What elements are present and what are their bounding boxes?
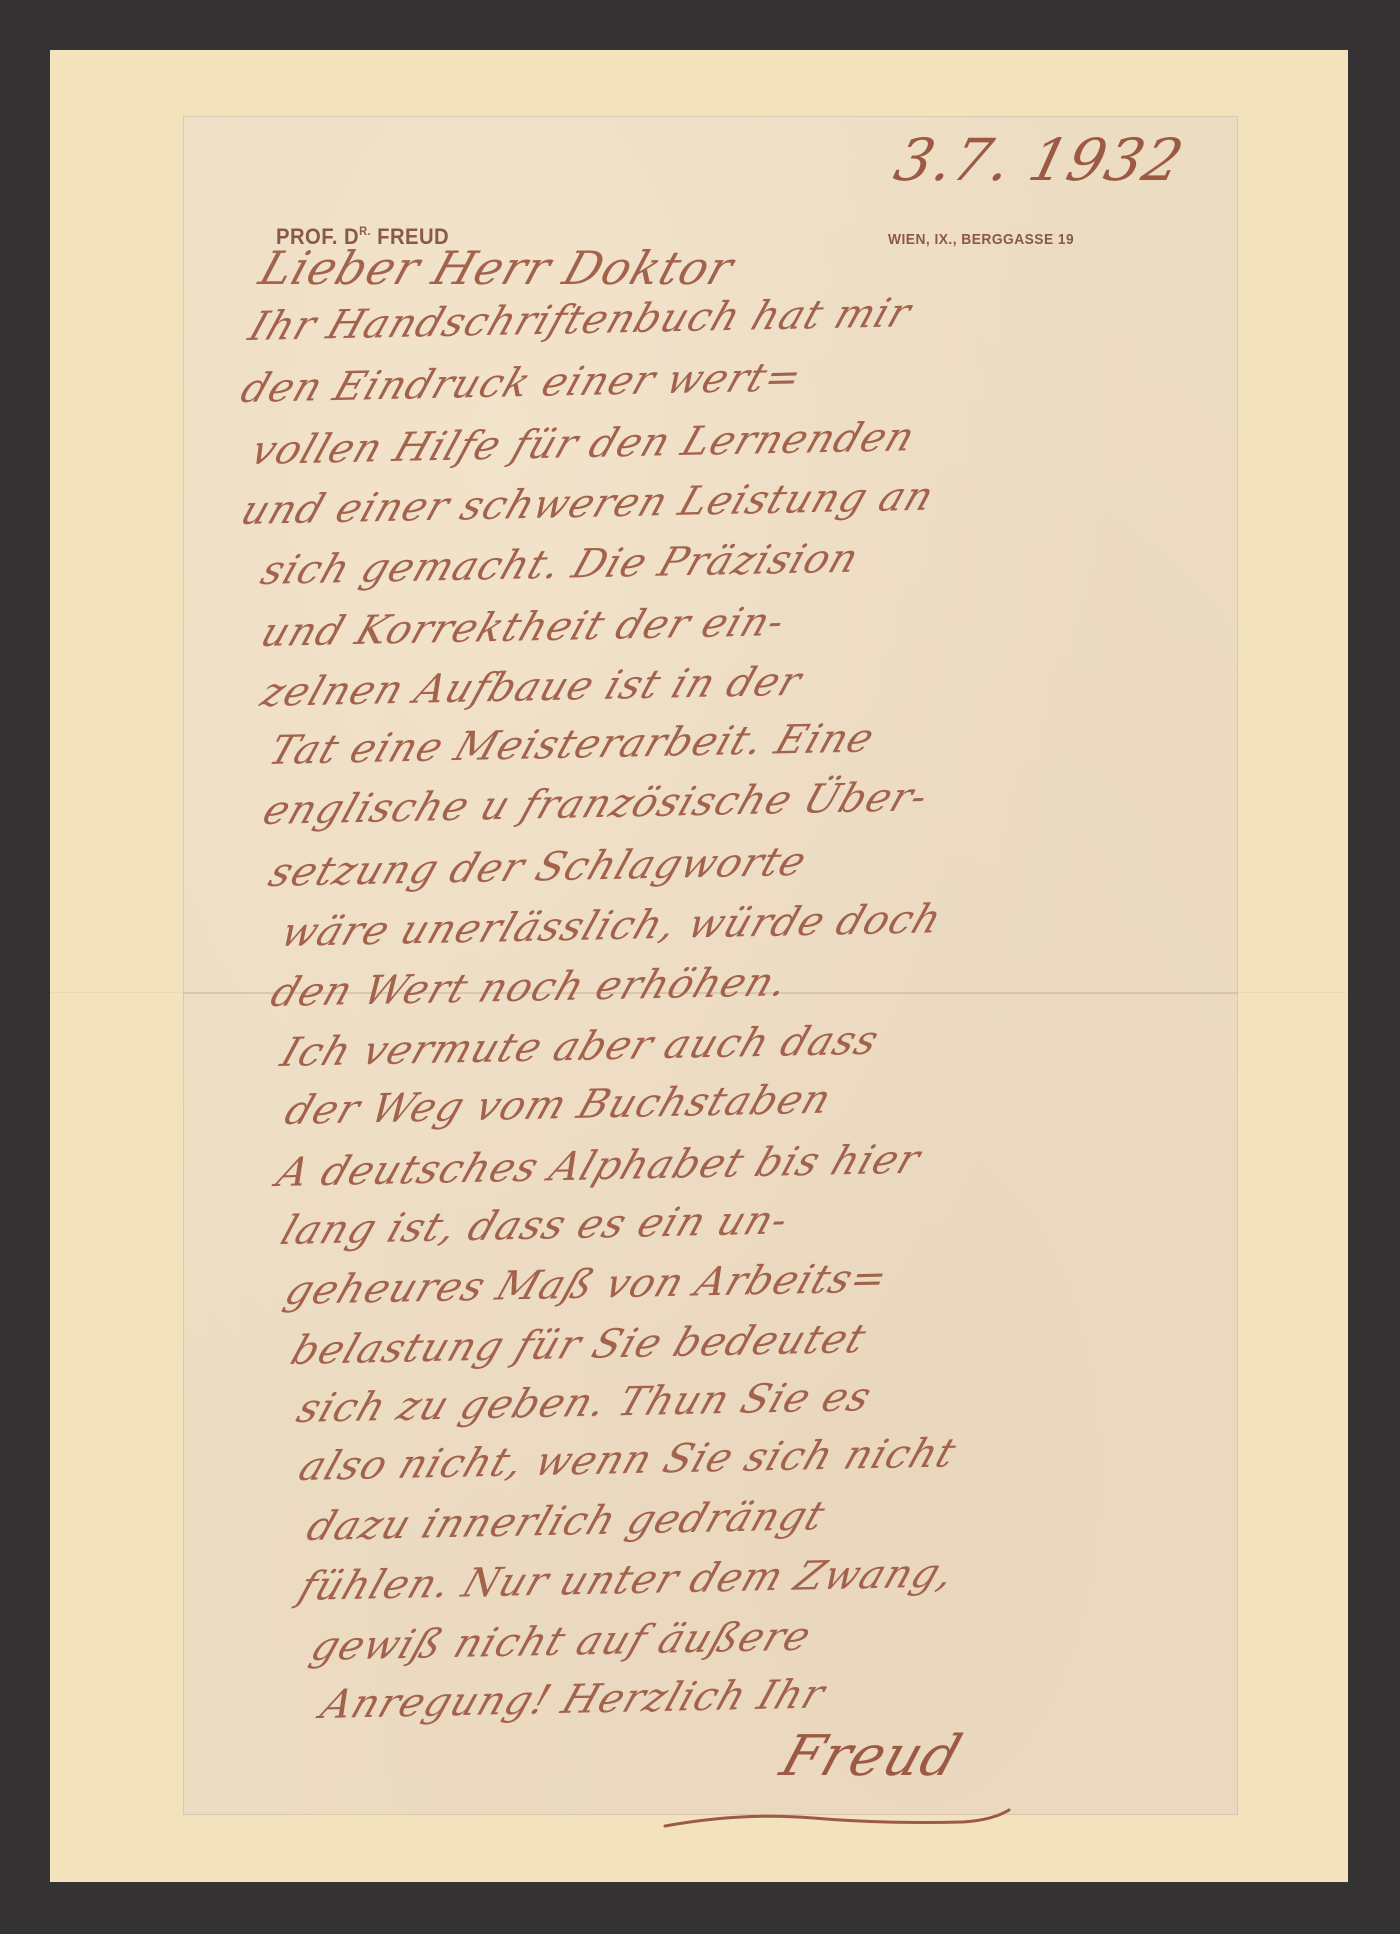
letter-line: Ihr Handschriftenbuch hat mir: [243, 290, 918, 350]
letter-line: vollen Hilfe für den Lernenden: [245, 414, 921, 474]
letterhead-address: WIEN, IX., BERGGASSE 19: [888, 231, 1074, 248]
letter-line: und einer schweren Leistung an: [235, 474, 940, 534]
letter-date: 3.7. 1932: [888, 126, 1191, 194]
letter-line: dazu innerlich gedrängt: [301, 1493, 831, 1550]
letter-line: wäre unerlässlich, würde doch: [275, 896, 948, 956]
letter-line: und Korrektheit der ein-: [255, 599, 791, 656]
letter-line: zelnen Aufbaue ist in der: [255, 659, 808, 716]
letter-salutation: Lieber Herr Doktor: [253, 241, 741, 295]
letter-line: der Weg vom Buchstaben: [279, 1077, 838, 1134]
letter-line: den Wert noch erhöhen.: [265, 959, 795, 1016]
letter-line: setzung der Schlagworte: [263, 839, 813, 896]
letter-line: Ich vermute aber auch dass: [275, 1018, 885, 1076]
letter-page: PROF. DR. FREUD WIEN, IX., BERGGASSE 19 …: [183, 116, 1238, 1815]
letter-line: Tat eine Meisterarbeit. Eine: [263, 715, 881, 774]
letter-line: englische u französische Über-: [257, 774, 935, 834]
signature-flourish-icon: [663, 1804, 1013, 1834]
letter-line: also nicht, wenn Sie sich nicht: [293, 1430, 963, 1490]
letter-line: lang ist, dass es ein un-: [275, 1198, 795, 1254]
letterhead-name-superscript: R.: [359, 224, 371, 238]
letter-line: belastung für Sie bedeutet: [285, 1316, 872, 1374]
letter-line: den Eindruck einer wert=: [235, 354, 809, 412]
letter-line: fühlen. Nur unter dem Zwang,: [293, 1550, 961, 1610]
letter-line: geheures Maß von Arbeits=: [279, 1256, 894, 1314]
letter-line: sich zu geben. Thun Sie es: [291, 1374, 878, 1432]
signature: Freud: [773, 1724, 970, 1789]
letter-line: sich gemacht. Die Präzision: [255, 536, 865, 594]
letter-line: Anregung! Herzlich Ihr: [315, 1672, 831, 1728]
letter-line: A deutsches Alphabet bis hier: [271, 1137, 927, 1196]
letter-line: gewiß nicht auf äußere: [305, 1614, 818, 1670]
